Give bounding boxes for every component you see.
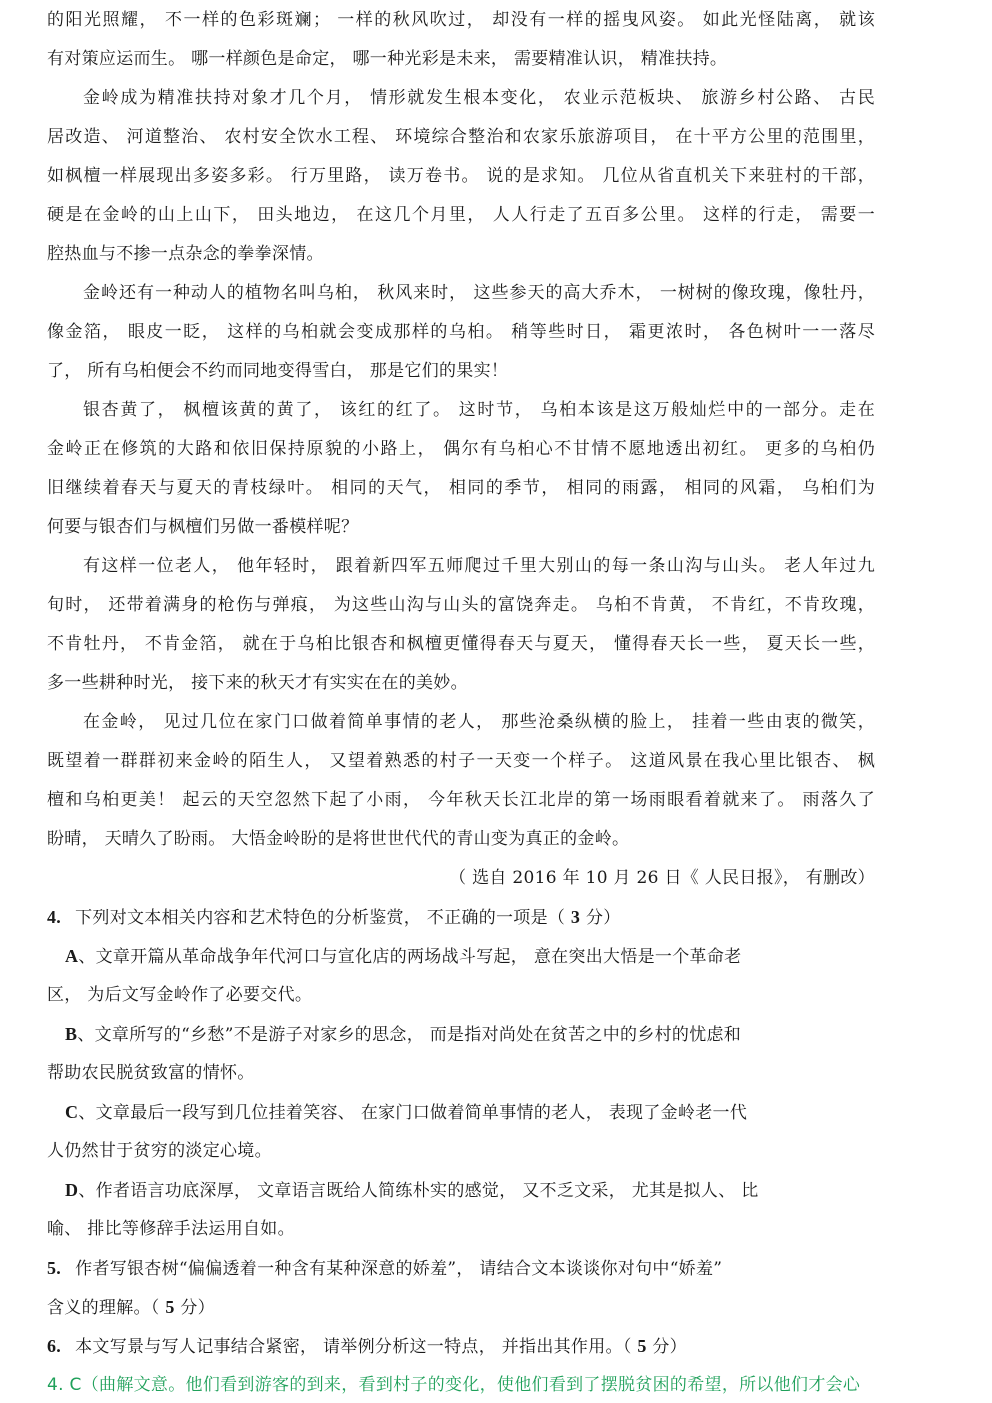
passage-line: 多一些耕种时光， 接下来的秋天才有实实在在的美妙。 (47, 664, 468, 703)
option-letter: A (65, 946, 78, 966)
option-b-continued: 帮助农民脱贫致富的情怀。 (47, 1054, 255, 1093)
question-stem: 作者写银杏树“偏偏透着一种含有某种深意的娇羞”， 请结合文本谈谈你对句中“娇羞” (75, 1259, 722, 1279)
passage-line: 檀和乌桕更美！ 起云的天空忽然下起了小雨， 今年秋天长江北岸的第一场雨眼看着就来… (47, 781, 875, 820)
passage-line: 如枫檀一样展现出多姿多彩。 行万里路， 读万卷书。 说的是求知。 几位从省直机关… (47, 157, 875, 196)
question-number: 6. (47, 1336, 61, 1356)
question-stem-continued: 含义的理解。（ (47, 1298, 165, 1318)
paragraph-start-line: 在金岭， 见过几位在家门口做着简单事情的老人， 那些沧桑纵横的脸上， 挂着一些由… (83, 703, 875, 742)
option-letter: B (65, 1024, 77, 1044)
passage-line: 硬是在金岭的山上山下， 田头地边， 在这几个月里， 人人行走了五百多公里。 这样… (47, 196, 875, 235)
option-b: B、文章所写的“乡愁”不是游子对家乡的思念， 而是指对尚处在贫苦之中的乡村的忧虑… (65, 1015, 741, 1054)
score-value: 3 (571, 907, 580, 927)
paragraph-start-line: 金岭成为精准扶持对象才几个月， 情形就发生根本变化， 农业示范板块、 旅游乡村公… (83, 79, 875, 118)
answer-number: 4. (47, 1375, 64, 1395)
answer-line: 4. C（曲解文意。他们看到游客的到来，看到村子的变化，使他们看到了摆脱贫困的希… (47, 1366, 860, 1403)
passage-line: 的阳光照耀， 不一样的色彩斑斓； 一样的秋风吹过， 却没有一样的摇曳风姿。 如此… (47, 1, 875, 40)
passage-line: 居改造、 河道整治、 农村安全饮水工程、 环境综合整治和农家乐旅游项目， 在十平… (47, 118, 875, 157)
passage-line: 有对策应运而生。 哪一样颜色是命定， 哪一种光彩是未来， 需要精准认识， 精准扶… (47, 40, 727, 79)
passage-line: 何要与银杏们与枫檀们另做一番模样呢？ (47, 508, 358, 547)
paragraph-start-line: 银杏黄了， 枫檀该黄的黄了， 该红的红了。 这时节， 乌桕本该是这万般灿烂中的一… (83, 391, 875, 430)
question-stem: 本文写景与写人记事结合紧密， 请举例分析这一特点， 并指出其作用。（ (75, 1337, 637, 1357)
passage-line: 旧继续着春天与夏天的青枝绿叶。 相同的天气， 相同的季节， 相同的雨露， 相同的… (47, 469, 875, 508)
passage-line: 金岭正在修筑的大路和依旧保持原貌的小路上， 偶尔有乌桕心不甘情不愿地透出初红。 … (47, 430, 875, 469)
answer-choice: C (70, 1375, 82, 1395)
option-letter: C (65, 1102, 78, 1122)
option-text: 、文章最后一段写到几位挂着笑容、 在家门口做着简单事情的老人， 表现了金岭老一代 (78, 1103, 747, 1123)
question-5: 5.作者写银杏树“偏偏透着一种含有某种深意的娇羞”， 请结合文本谈谈你对句中“娇… (47, 1249, 722, 1288)
option-text: 、文章开篇从革命战争年代河口与宣化店的两场战斗写起， 意在突出大悟是一个革命老 (78, 947, 741, 967)
score-suffix: 分） (175, 1298, 215, 1318)
question-4: 4.下列对文本相关内容和艺术特色的分析鉴赏， 不正确的一项是（ 3 分） (47, 898, 621, 937)
score-suffix: 分） (580, 908, 620, 928)
passage-line: 旬时， 还带着满身的枪伤与弹痕， 为这些山沟与山头的富饶奔走。 乌桕不肯黄， 不… (47, 586, 875, 625)
passage-line: 像金箔， 眼皮一眨， 这样的乌桕就会变成那样的乌桕。 稍等些时日， 霜更浓时， … (47, 313, 875, 352)
score-value: 5 (165, 1297, 174, 1317)
passage-line: 既望着一群群初来金岭的陌生人， 又望着熟悉的村子一天变一个样子。 这道风景在我心… (47, 742, 875, 781)
question-5-continued: 含义的理解。（ 5 分） (47, 1288, 215, 1327)
score-value: 5 (637, 1336, 646, 1356)
option-letter: D (65, 1180, 78, 1200)
passage-line: 盼晴， 天晴久了盼雨。 大悟金岭盼的是将世世代代的青山变为真正的金岭。 (47, 820, 629, 859)
passage-line: 了， 所有乌桕便会不约而同地变得雪白， 那是它们的果实！ (47, 352, 508, 391)
question-number: 4. (47, 907, 61, 927)
option-a: A、文章开篇从革命战争年代河口与宣化店的两场战斗写起， 意在突出大悟是一个革命老 (65, 937, 741, 976)
paragraph-start-line: 有这样一位老人， 他年轻时， 跟着新四军五师爬过千里大别山的每一条山沟与山头。 … (83, 547, 875, 586)
question-6: 6.本文写景与写人记事结合紧密， 请举例分析这一特点， 并指出其作用。（ 5 分… (47, 1327, 687, 1366)
option-d-continued: 喻、 排比等修辞手法运用自如。 (47, 1210, 295, 1249)
passage-line: 不肯牡丹， 不肯金箔， 就在于乌桕比银杏和枫檀更懂得春天与夏天， 懂得春天长一些… (47, 625, 875, 664)
answer-explanation: （曲解文意。他们看到游客的到来，看到村子的变化，使他们看到了摆脱贫困的希望，所以… (82, 1375, 861, 1395)
option-text: 、文章所写的“乡愁”不是游子对家乡的思念， 而是指对尚处在贫苦之中的乡村的忧虑和 (77, 1025, 741, 1045)
passage-line: 腔热血与不掺一点杂念的拳拳深情。 (47, 235, 324, 274)
option-text: 、作者语言功底深厚， 文章语言既给人简练朴实的感觉， 又不乏文采， 尤其是拟人、… (78, 1181, 758, 1201)
option-c-continued: 人仍然甘于贫穷的淡定心境。 (47, 1132, 272, 1171)
score-suffix: 分） (647, 1337, 687, 1357)
paragraph-start-line: 金岭还有一种动人的植物名叫乌桕， 秋风来时， 这些参天的高大乔木， 一树树的像玫… (83, 274, 875, 313)
question-number: 5. (47, 1258, 61, 1278)
option-c: C、文章最后一段写到几位挂着笑容、 在家门口做着简单事情的老人， 表现了金岭老一… (65, 1093, 747, 1132)
source-citation: （ 选自 2016 年 10 月 26 日《 人民日报》， 有删改） (449, 859, 875, 898)
option-a-continued: 区， 为后文写金岭作了必要交代。 (47, 976, 312, 1015)
option-d: D、作者语言功底深厚， 文章语言既给人简练朴实的感觉， 又不乏文采， 尤其是拟人… (65, 1171, 759, 1210)
question-stem: 下列对文本相关内容和艺术特色的分析鉴赏， 不正确的一项是（ (75, 908, 571, 928)
